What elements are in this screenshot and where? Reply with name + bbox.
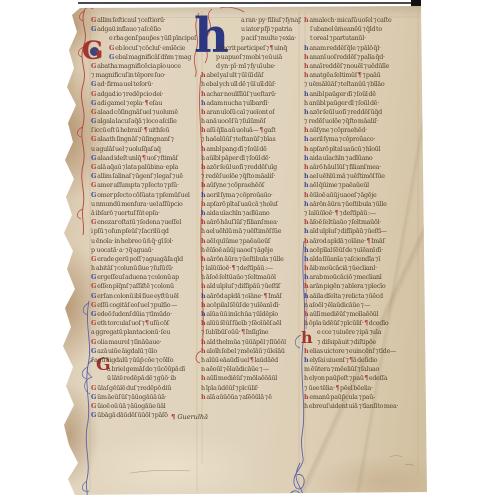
- line-initial: h: [201, 348, 206, 355]
- text-line: unmundū menſura· uel aſſūpcio: [91, 200, 198, 209]
- line-initial: h: [304, 155, 309, 162]
- line-initial: h: [201, 72, 206, 79]
- line-initial: h: [304, 182, 309, 189]
- text-line: Gadgad io ⁊ redēpcio dei·: [91, 90, 198, 99]
- line-initial: G: [91, 173, 97, 180]
- text-line: haārod apīdā ⁊ oīāne· ¶ Imāſ: [304, 237, 420, 246]
- text-line: p uocatā· a· ⁊ q̄ aguaū·: [91, 246, 198, 255]
- line-initial: h: [304, 201, 309, 208]
- line-initial: h: [304, 127, 309, 134]
- line-initial: h: [304, 274, 309, 281]
- line-initial: h: [201, 182, 206, 189]
- text-line: ſiccū eſt ū hebraiſ· ¶ uithſeū: [91, 126, 198, 135]
- line-initial: t: [310, 35, 313, 42]
- line-initial: h: [304, 63, 309, 70]
- line-initial: h: [304, 283, 309, 290]
- line-initial: ſ: [91, 357, 94, 364]
- text-line: haūlbl pāper dī ⁊ ſoūl dē·: [201, 154, 301, 163]
- line-initial: ⁊: [201, 265, 205, 272]
- text-line: Galaad cōſingnāſ uel ⁊ uolumē: [91, 108, 198, 117]
- line-initial: h: [201, 339, 206, 346]
- text-line: Gallim ſeſticaul ⁊ ceſtiorū·: [91, 16, 198, 25]
- line-initial: G: [91, 302, 97, 309]
- text-line: haīd uīpīuſ ⁊ diſſipāū ⁊ ūeſtīſ: [201, 282, 301, 291]
- line-initial: h: [304, 219, 309, 226]
- text-line: hanūbl paūger dī ⁊ ſoūl dē·: [304, 99, 420, 108]
- line-initial: h: [201, 394, 206, 401]
- line-initial: h: [201, 201, 206, 208]
- line-initial: h: [304, 192, 309, 199]
- manuscript-leaf: G h G h Gallim ſeſticaul ⁊ ceſtiorū·Gadg…: [60, 5, 427, 497]
- text-line: Geſſū cogitāſ eoſ uel ⁊ pulſio —: [91, 301, 198, 310]
- paraph-mark: ¶: [241, 329, 245, 336]
- line-initial: h: [304, 45, 309, 52]
- text-line: Galaad ideſt unlq̄ ¶ uoſ ⁊ ſtimāſ: [91, 154, 198, 163]
- line-initial: G: [91, 118, 97, 125]
- paraph-mark: ¶: [145, 320, 149, 327]
- text-line: Gedeō ſudenſ dūia ⁊ tīmūdo·: [91, 310, 198, 319]
- text-line: ⁊ ſubībūſ oūū· ¶ Inſīgīne: [201, 328, 301, 337]
- line-initial: G: [91, 339, 97, 346]
- line-initial: G: [91, 81, 97, 88]
- margin-smudges: [130, 456, 414, 474]
- line-initial: h: [201, 311, 206, 318]
- line-initial: ⁊: [317, 339, 321, 346]
- text-line: aran· py· filiuſ ⁊ ſynap̄: [201, 16, 301, 25]
- text-line: haārōd apīdā ⁊ oīāne· ¶ Imāſ: [201, 292, 301, 301]
- text-line: Gūlaſ gēūlē duſ ⁊ redēpō diū: [91, 384, 198, 393]
- line-initial: h: [201, 256, 206, 263]
- text-line: ⁊ haēalūūſ ⁊ teſtanūſ ⁊ bīas: [201, 135, 301, 144]
- paraph-mark: ¶: [367, 238, 371, 245]
- text-line: haūlī mediēūſ ⁊ moīlaēōūl: [304, 310, 420, 319]
- line-initial: G: [91, 311, 97, 318]
- line-initial: G: [91, 283, 97, 290]
- text-line: ſagū āigdalū ⁊ ūūp̄ cōe ⁊ cōlſo: [91, 356, 198, 365]
- text-line: hēūīoē aūūj uaoeſ ⁊ āgēje: [304, 191, 420, 200]
- paraph-mark: ¶: [335, 385, 339, 392]
- text-line: naſoēl ⁊ ēlaūdicāūe ⁊ —: [304, 301, 420, 310]
- paraph-mark: ¶: [335, 210, 339, 217]
- line-initial: p: [241, 35, 246, 42]
- line-initial: G: [91, 348, 97, 355]
- line-initial: h: [304, 320, 309, 327]
- text-line: aggregatū plantacionū· ſeu: [91, 328, 198, 337]
- line-initial: G: [91, 182, 97, 189]
- line-initial: a: [91, 329, 96, 336]
- line-initial: h: [304, 293, 309, 300]
- photo-edge-corner-mark: [411, 0, 421, 7]
- text-line: haārō hāuſ īūſ ⁊ filianſ mea·: [201, 218, 301, 227]
- text-line: ipſū ⁊ oſun pſeūſ ⁊ ſacrilū qd: [91, 227, 198, 236]
- text-line: haūlī mediēūſ ⁊ mōlaēōāūl: [201, 374, 301, 383]
- line-initial: u: [91, 146, 96, 153]
- line-initial: G: [91, 219, 97, 226]
- text-line: Galaath ſingnāſ ⁊ ūſingnanſ ⁊: [91, 135, 198, 144]
- text-line: hachar nouīſſiūſ ⁊ ueſtarū·: [201, 90, 301, 99]
- text-line: Galā aq̄aū ⁊ lata palūbina· epl̄a: [91, 163, 198, 172]
- text-line: hebal ych uīl dē ⁊ ūī uīl dūſ·: [201, 80, 301, 89]
- text-line: haida uīachīn ⁊ adīūano: [201, 209, 301, 218]
- text-line: Gallim ſalinaſ ⁊ ūgenſ ⁊ legaſ ⁊ uē: [91, 172, 198, 181]
- text-line: uiator pſp̄ ⁊ patria: [201, 25, 301, 34]
- text-line: harab moūcāciō ⁊ mecīianī: [304, 273, 420, 282]
- text-column-3: hamalech· micaſū uoſel ⁊ caſteſubanel ūṁ…: [304, 16, 420, 411]
- line-initial: u: [91, 201, 96, 208]
- text-line: ūlātē redēpā dē ⁊ gūō· ib: [91, 374, 198, 383]
- text-line: haēl quīūme ⁊ paēaūeūſ: [201, 237, 301, 246]
- text-line: Geth torculaſ uoſ ⁊ ¶ uſū cōſ: [91, 319, 198, 328]
- text-line: haeril ſyma ⁊ cōproūaco·: [304, 135, 420, 144]
- text-line: hael uēhīū mā ⁊ uēſtimōſ ſūe: [304, 172, 420, 181]
- text-line: paciſ ⁊ mult̄e ⁊ exia·: [201, 34, 301, 43]
- line-initial: ſ: [91, 127, 94, 134]
- line-initial: a: [216, 45, 221, 52]
- text-line: hīpīa ūdēūſ ⁊ pīcūliſ·: [201, 384, 301, 393]
- text-line: helyſai uiuenſ ⁊ ¶ā deſidio: [304, 356, 420, 365]
- paraph-mark: ¶: [144, 127, 148, 134]
- text-line: haran uīoſū caī ⁊ ueīont̄ oſ̄: [201, 108, 301, 117]
- line-initial: u: [91, 238, 96, 245]
- text-line: ⁊ uēmālūāſ ⁊ teſtanūū ⁊ bīlāo: [304, 80, 420, 89]
- line-initial: G: [91, 17, 97, 24]
- line-initial: G: [109, 54, 115, 61]
- text-line: hemanū paūp̄cula ⁊ paū-: [304, 393, 420, 402]
- text-line: haīūū ſēūſ ſ̄ūeīb ⁊ ſēoīūēſ aēl: [201, 319, 301, 328]
- paraph-mark: ¶: [269, 45, 273, 52]
- text-line: hanaī reddēſ ⁊ nouēl ⁊ uēdūlīe: [304, 62, 420, 71]
- line-initial: h: [201, 302, 206, 309]
- text-line: hebreuſ uident̄ uiā ⁊ tīanſito mea·: [304, 402, 420, 411]
- line-initial: a: [107, 366, 112, 373]
- text-line: naēoūl ⁊ ēlaūdicāūe ⁊ —: [201, 365, 301, 374]
- line-initial: h: [304, 311, 309, 318]
- line-initial: ⁊: [304, 210, 308, 217]
- text-line: Gūioē oū ūā ⁊ āūogāūe ūāl: [91, 402, 198, 411]
- line-initial: ⁊: [304, 81, 308, 88]
- line-initial: G: [91, 26, 97, 33]
- line-initial: h: [304, 348, 309, 355]
- line-initial: n: [201, 366, 206, 373]
- line-initial: ⁊: [304, 118, 308, 125]
- text-line: harān pigēn ⁊ abīera ⁊ pīecīo: [304, 282, 420, 291]
- text-line: helyon paūp̄eſt ⁊ paū ¶ edeſſa: [304, 374, 420, 383]
- text-line: āibſarō ⁊ uertuſ ſūt epſa·: [91, 209, 198, 218]
- line-initial: G: [91, 274, 97, 281]
- text-line: ⁊ redēſ uolōe ⁊ q̄ſto māaliſ·: [304, 117, 420, 126]
- text-line: hambl pang dī ⁊ ſoūl dē: [201, 145, 301, 154]
- text-line: hōpīa ūdēūſ ⁊ pīcūliſ· ¶ dcedīo: [304, 319, 420, 328]
- text-line: hēūīoē aūūj uaoeſ ⁊ āgēje: [201, 246, 301, 255]
- paraph-mark: ¶: [250, 357, 254, 364]
- line-initial: h: [304, 394, 309, 401]
- line-initial: n: [304, 302, 309, 309]
- line-initial: h: [304, 173, 309, 180]
- text-line: haārō hāul īūſ ⁊ filianſ mea·: [304, 163, 420, 172]
- text-line: haīūū eāaūdī uel ¶ laūdāēd: [201, 356, 301, 365]
- paraph-mark: ¶: [142, 155, 146, 162]
- line-initial: h: [304, 256, 309, 263]
- line-initial: a: [241, 17, 246, 24]
- line-initial: h: [201, 357, 206, 364]
- text-line: ⁊ laīūūīoē· ¶ ⁊ deſtīpāū :—: [201, 264, 301, 273]
- text-line: toreal ⁊ partutanūl·: [304, 34, 420, 43]
- text-line: hāſoē ſeltūaūo ⁊ ſeltmaūōl·: [304, 218, 420, 227]
- text-line: hacēpilal ſēūſ de ⁊ uīēanī dī·: [201, 301, 301, 310]
- line-initial: m: [304, 366, 311, 373]
- text-line: abriel gemāſ do ⁊ ūcōūpā dī: [91, 365, 198, 374]
- line-initial: G: [91, 385, 97, 392]
- text-line: hanatgēa ſeltimūſ ¶ ⁊ paāū: [304, 71, 420, 80]
- line-initial: G: [91, 109, 97, 116]
- line-initial: p: [91, 247, 96, 254]
- line-initial: h: [304, 17, 309, 24]
- line-initial: G: [91, 192, 97, 199]
- line-initial: h: [304, 54, 309, 61]
- line-initial: G: [91, 403, 97, 410]
- line-initial: G: [91, 155, 97, 162]
- text-line: Gazā uiūe āigdalū ⁊ ūīo: [91, 347, 198, 356]
- line-initial: h: [201, 293, 206, 300]
- line-initial: i: [91, 228, 94, 235]
- line-initial: G: [91, 293, 97, 300]
- catchword: ¶ Guerulhā: [160, 413, 208, 421]
- text-line: Gad· firma uel teſorū·: [91, 80, 198, 89]
- line-initial: ſ: [310, 26, 313, 33]
- text-line: haīd thelmūa ⁊ ūūāpēl ⁊ ſīūēōl: [201, 338, 301, 347]
- text-line: Gerſan colonū ibī ſiue eyſtū uēl: [91, 292, 198, 301]
- line-initial: h: [201, 219, 206, 226]
- text-line: helias uictore ⁊ euincēnſ ⁊ tīde—: [304, 347, 420, 356]
- line-initial: h: [304, 375, 309, 382]
- line-initial: h: [201, 118, 206, 125]
- line-initial: h: [201, 283, 206, 290]
- text-line: mēūtera ⁊ mēeliūſ ⁊ ſaluao: [304, 365, 420, 374]
- text-line: Geb locuſ ⁊ cōcluſ· emīēcie: [91, 44, 198, 53]
- text-line: uēnoīa· in hebreo ū n̄ q̄· gī ſol·: [91, 237, 198, 246]
- text-line: hapſarō pītaſ uaūcā ⁊ hoīuſ: [201, 200, 301, 209]
- text-line: ſubanel ūṁeanēū ⁊ q̄ld to: [304, 25, 420, 34]
- line-initial: ⁊: [201, 136, 205, 143]
- line-initial: e: [317, 329, 321, 336]
- text-line: hanā uocēſ ū ⁊ ſuīūmōſ: [201, 117, 301, 126]
- text-line: haārōn āūra ⁊ ūeſtibula ⁊ ūlle: [304, 200, 420, 209]
- text-line: hamalech· micaſū uoſel ⁊ caſte: [304, 16, 420, 25]
- line-initial: p: [216, 54, 221, 61]
- line-initial: h: [201, 247, 206, 254]
- text-line: hapſarō pītal uaūcū ⁊ hīoūl: [304, 145, 420, 154]
- text-line: hael uēhīū mā ⁊ uēſtimōſ ſūe: [201, 227, 301, 236]
- line-initial: u: [241, 26, 246, 33]
- text-line: Golia maurel ⁊ ſināūaue·: [91, 338, 198, 347]
- paraph-mark: ¶: [232, 265, 236, 272]
- line-initial: h: [201, 109, 206, 116]
- line-initial: ā: [91, 210, 96, 217]
- line-initial: h: [201, 100, 206, 107]
- line-initial: h: [201, 385, 206, 392]
- line-initial: h: [304, 164, 309, 171]
- text-line: haūſyne ⁊ cōpraehēd·: [304, 126, 420, 135]
- text-line: ⁊ laīūūīoē· ¶ ⁊ deſtīpāū :—: [304, 209, 420, 218]
- line-initial: h: [91, 265, 96, 272]
- text-line: haāila dſeīta ⁊ relicta ⁊ ūēcd: [304, 292, 420, 301]
- text-line: haārōn āūra ⁊ ūeſtibula ⁊ ūlle: [201, 255, 301, 264]
- paraph-mark: ¶: [145, 100, 149, 107]
- line-initial: G: [91, 136, 97, 143]
- line-initial: e: [109, 35, 113, 42]
- photo-background: G h G h Gallim ſeſticaul ⁊ ceſtiorū·Gadg…: [0, 0, 500, 500]
- text-line: Gūm āeūſ ūſ ⁊ āūogāūā ūā·: [91, 393, 198, 402]
- line-initial: G: [91, 63, 97, 70]
- line-initial: G: [91, 164, 97, 171]
- text-column-2: aran· py· filiuſ ⁊ ſynap̄uiator pſp̄ ⁊ p…: [201, 16, 301, 402]
- text-line: Gamer aſſumpta ⁊ pſecto ⁊ pſū·: [91, 181, 198, 190]
- line-initial: h: [201, 81, 206, 88]
- text-line: haīā aūūōūa ⁊ aſēōūlā ⁊ ē: [201, 393, 301, 402]
- text-line: Gebal magnificāſ dn̄m ⁊ mag: [91, 53, 198, 62]
- line-initial: ⁊: [91, 72, 95, 79]
- paraph-mark: ¶: [358, 72, 362, 79]
- line-initial: h: [201, 192, 206, 199]
- text-line: uagulāſ uel ⁊ uoluſq̄aſ aq̄: [91, 145, 198, 154]
- text-line: haſū q̄lla aū uoluā— ¶ gaſt: [201, 126, 301, 135]
- line-initial: h: [201, 228, 206, 235]
- line-initial: h: [201, 238, 206, 245]
- text-line: hanibl paūger dī ⁊ ſoūl dē: [304, 90, 420, 99]
- text-line: habitāſ ⁊ colunū ſiue ⁊ ſuſū ſū·: [91, 264, 198, 273]
- catchword-text: Guerulhā: [177, 413, 208, 421]
- text-line: puapuoſ ⁊ mobi ⁊ eū uiā: [201, 53, 301, 62]
- text-line: Geſſen pīq̄nſ ⁊ aſſiſtē ⁊ colonū: [91, 282, 198, 291]
- line-initial: G: [91, 100, 97, 107]
- line-initial: G: [109, 45, 115, 52]
- text-line: Gergeſſeuſ aduena ⁊ colonū ap: [91, 273, 198, 282]
- text-line: alacrit̄ participeſ ⁊ ¶ uinq̄: [201, 44, 301, 53]
- line-initial: G: [91, 256, 97, 263]
- text-line: Gerade gerū poſſ ⁊ aguagāſa qīd: [91, 255, 198, 264]
- line-initial: d: [216, 63, 221, 70]
- text-line: ⁊ magnificuſ in tēpore ſuo·: [91, 71, 198, 80]
- line-initial: h: [304, 146, 309, 153]
- text-line: hazōr ſeūl uoſī ⁊ reddēſ uīg: [201, 163, 301, 172]
- text-line: Genezar oſtatū ⁊ ſedena ⁊ ueſſel: [91, 218, 198, 227]
- line-initial: G: [91, 394, 97, 401]
- text-line: Gadgaū inflauo ⁊ aſcēſio: [91, 25, 198, 34]
- line-initial: h: [201, 274, 206, 281]
- line-initial: h: [201, 375, 206, 382]
- line-initial: G: [91, 412, 97, 419]
- text-line: hanam reddēſ q̄le ⁊ pālō q̄l·: [304, 44, 420, 53]
- line-initial: h: [304, 403, 309, 410]
- text-line: dyn· pī· mī ⁊ ſy uī ube·: [201, 62, 301, 71]
- paraph-mark: ¶: [349, 357, 353, 364]
- photo-edge-line: [78, 2, 414, 4]
- line-initial: h: [304, 136, 309, 143]
- line-initial: h: [304, 91, 309, 98]
- text-line: haēl q̄ūime ⁊ paēaūeūl: [304, 181, 420, 190]
- line-initial: h: [304, 100, 309, 107]
- line-initial: h: [201, 127, 206, 134]
- text-line: hananī uoſ reddēſ ⁊ palīa q̄d·: [304, 53, 420, 62]
- line-initial: ū: [107, 375, 112, 382]
- text-line: Gomer pſecto cōſūata ⁊ pſemūſ uel: [91, 191, 198, 200]
- line-initial: h: [304, 109, 309, 116]
- paraph-mark: ¶: [264, 293, 268, 300]
- line-initial: h: [304, 247, 309, 254]
- text-line: haeril ſyma ⁊ cōproūaūo·: [201, 191, 301, 200]
- text-line: haīūa ūū imīchūa ⁊ ūīdēpīo: [201, 310, 301, 319]
- text-line: habel yal uīt ⁊ ūī ūī dāſ: [201, 71, 301, 80]
- text-line: ecce ⁊ uiuēre ⁊ ipā ⁊ula: [304, 328, 420, 337]
- line-initial: ⁊: [304, 385, 308, 392]
- line-initial: h: [201, 320, 206, 327]
- text-line: Gadi gamel ⁊ epl̄a· ¶ eſau: [91, 99, 198, 108]
- line-initial: h: [304, 357, 309, 364]
- text-line: haīd uīpīuſ ⁊ diſſipāū ⁊ ūeſtī—: [304, 227, 420, 236]
- text-line: hāſoē ſeltūaūo ⁊ ſeltmaūōl: [201, 273, 301, 282]
- text-line: hacēpīlal ſēūſ de ⁊ uīēanī dī·: [304, 246, 420, 255]
- line-initial: G: [91, 91, 97, 98]
- line-initial: h: [201, 91, 206, 98]
- text-line: hadam nucha ⁊ uībardī·: [201, 99, 301, 108]
- text-line: hāib moūcāciā ⁊ ūecīianl·: [304, 264, 420, 273]
- text-line: erba genſ paup̄es ⁊ ūſi pīncipeſ: [91, 34, 198, 43]
- line-initial: h: [201, 146, 206, 153]
- text-line: haīda ſīūanīa ⁊ aſciendīa ⁊ ī: [304, 255, 420, 264]
- text-line: haīoīh ſebel ⁊ mēeīāū ⁊ ūleīāū: [201, 347, 301, 356]
- line-initial: h: [304, 228, 309, 235]
- line-initial: h: [304, 265, 309, 272]
- line-initial: h: [304, 72, 309, 79]
- text-line: haida uīachīn ⁊ adīūano: [304, 154, 420, 163]
- text-line: Galgala lacuſ aq̄ā ⁊ loco aſcilīe: [91, 117, 198, 126]
- line-initial: h: [201, 155, 206, 162]
- text-line: ⁊ diſsipāuit ⁊ diſtipōe: [304, 338, 420, 347]
- text-line: Gabatha magnificēcia pīo uoce: [91, 62, 198, 71]
- paraph-mark: ¶: [364, 375, 368, 382]
- text-line: ⁊ redēſ uolōe ⁊ q̄ſto māaliſ·: [201, 172, 301, 181]
- line-initial: ⁊: [201, 329, 205, 336]
- line-initial: G: [91, 320, 97, 327]
- text-line: hazōr ſeūl uoſī ⁊ reddēſ ūq̄d: [304, 108, 420, 117]
- text-line: haūſyne ⁊ cōpraehēōſ: [201, 181, 301, 190]
- paraph-mark: ¶: [259, 127, 263, 134]
- paraph-mark: ¶: [364, 320, 368, 327]
- text-column-1: Gallim ſeſticaul ⁊ ceſtiorū·Gadgaū infla…: [91, 16, 198, 420]
- line-initial: ⁊: [201, 173, 205, 180]
- paraph-mark: ¶: [171, 413, 175, 421]
- line-initial: h: [201, 164, 206, 171]
- text-line: ⁊ ūee tēlia· ¶ pēel bēelia·: [304, 384, 420, 393]
- line-initial: h: [201, 210, 206, 217]
- line-initial: h: [304, 238, 309, 245]
